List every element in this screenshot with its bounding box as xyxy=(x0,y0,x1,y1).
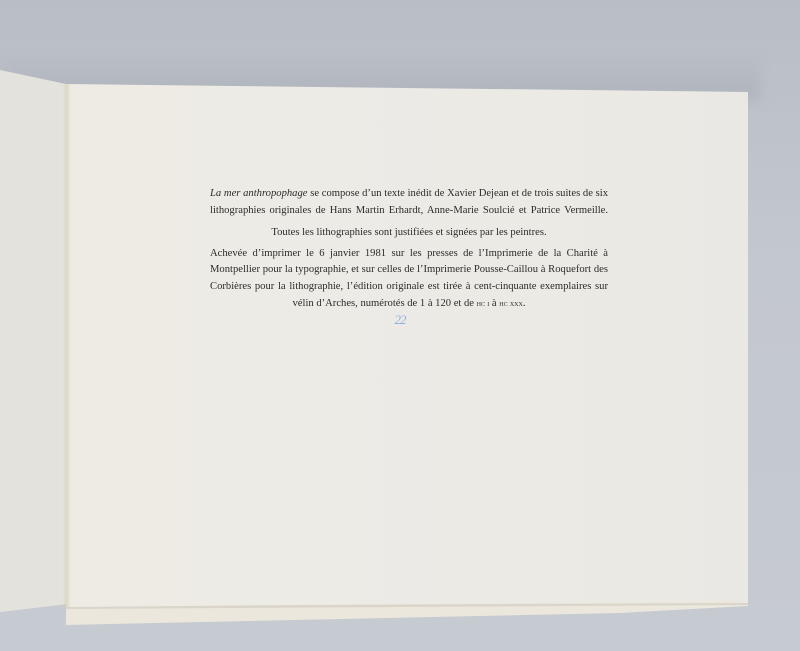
colophon-text: La mer anthropophage se compose d’un tex… xyxy=(210,186,608,313)
book-title: La mer anthropophage xyxy=(210,188,307,199)
colophon-para3-line3: Corbières pour la lithographie, l’éditio… xyxy=(210,279,608,296)
colophon-para3-line4: vélin d’Arches, numérotés de 1 à 120 et … xyxy=(210,295,608,313)
colophon-para1-line2: lithographies originales de Hans Martin … xyxy=(210,203,608,220)
colophon-para2: Toutes les lithographies sont justifiées… xyxy=(210,225,608,242)
colophon-para3-line1: Achevée d’imprimer le 6 janvier 1981 sur… xyxy=(210,246,608,263)
book-gutter xyxy=(63,84,71,607)
colophon-para1-line1: La mer anthropophage se compose d’un tex… xyxy=(210,186,608,203)
photo-scene: La mer anthropophage se compose d’un tex… xyxy=(0,0,800,651)
colophon-para3-line2: Montpellier pour la typographie, et sur … xyxy=(210,262,608,279)
copy-number: 22 xyxy=(395,312,406,328)
